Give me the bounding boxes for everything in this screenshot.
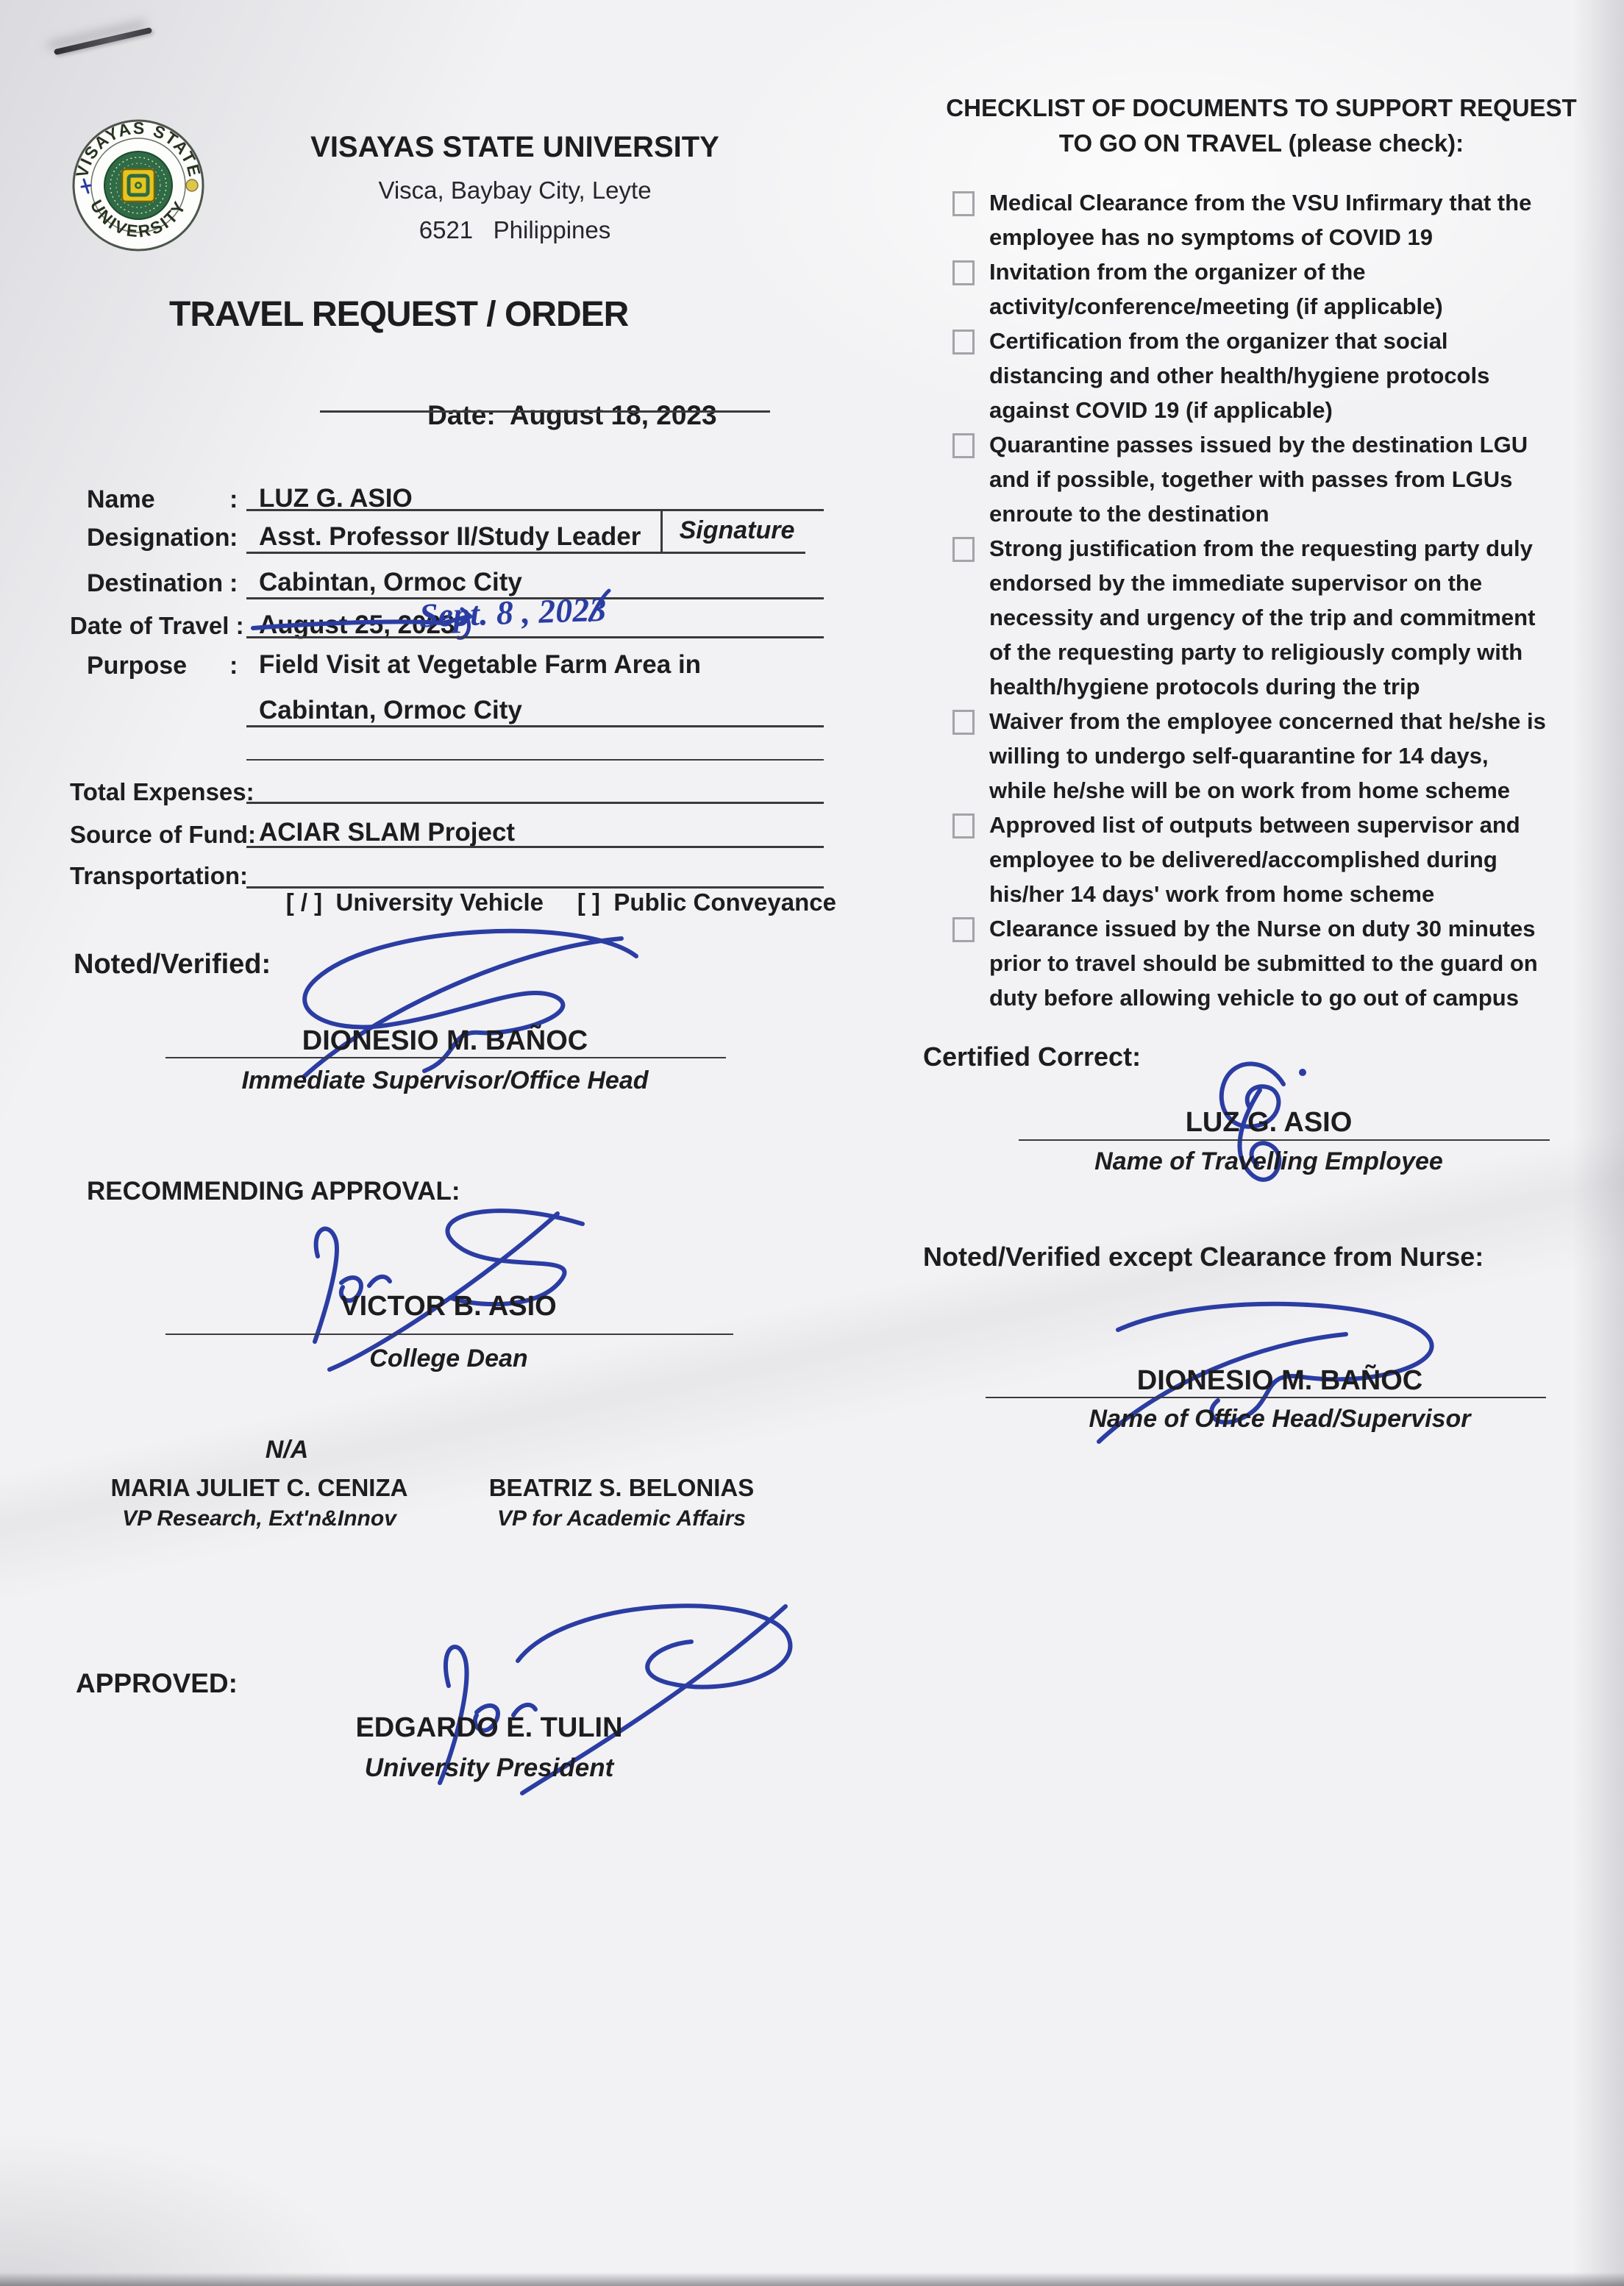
empty-checkbox-icon: [952, 330, 975, 355]
designation-value: Asst. Professor II/Study Leader: [259, 522, 641, 552]
checklist-item-approved-outputs: Approved list of outputs between supervi…: [944, 808, 1591, 911]
checklist-line: endorsed by the immediate supervisor on …: [989, 566, 1535, 600]
checklist-item-medical-clearance: Medical Clearance from the VSU Infirmary…: [944, 185, 1591, 254]
empty-checkbox-icon: [952, 917, 975, 942]
date-of-travel-underline: [246, 636, 824, 638]
source-of-fund-underline: [246, 846, 824, 848]
university-seal-logo: VISAYAS STATE UNIVERSITY: [71, 118, 206, 253]
empty-checkbox-icon: [952, 433, 975, 458]
noted-except-heading: Noted/Verified except Clearance from Nur…: [923, 1242, 1484, 1272]
transportation-underline: [246, 886, 824, 889]
vp-academic-name: BEATRIZ S. BELONIAS: [456, 1474, 787, 1502]
checklist-line: his/her 14 days' work from home scheme: [989, 877, 1520, 911]
empty-checkbox-icon: [952, 813, 975, 838]
empty-checkbox-icon: [952, 191, 975, 216]
checklist-line: Quarantine passes issued by the destinat…: [989, 427, 1528, 462]
purpose-label: Purpose: [87, 652, 187, 680]
checklist-line: Strong justification from the requesting…: [989, 531, 1535, 566]
date-of-travel-label: Date of Travel :: [70, 612, 244, 640]
name-colon: :: [229, 485, 238, 514]
checklist-line: Invitation from the organizer of the: [989, 254, 1443, 289]
checklist-item-strong-justification: Strong justification from the requesting…: [944, 531, 1591, 704]
checklist-line: activity/conference/meeting (if applicab…: [989, 289, 1443, 324]
checklist-items: Medical Clearance from the VSU Infirmary…: [944, 185, 1591, 1015]
noted-verified-name: DIONESIO M. BAÑOC: [221, 1025, 669, 1057]
checklist-line: Certification from the organizer that so…: [989, 324, 1489, 358]
checklist-line: Clearance issued by the Nurse on duty 30…: [989, 911, 1538, 946]
empty-checkbox-icon: [952, 260, 975, 285]
checklist-item-certification: Certification from the organizer that so…: [944, 324, 1591, 427]
noted-except-role: Name of Office Head/Supervisor: [1055, 1405, 1504, 1434]
total-expenses-underline: [246, 802, 824, 804]
certified-correct-underline: [1019, 1139, 1550, 1141]
checklist-line: necessity and urgency of the trip and co…: [989, 600, 1535, 635]
date-underline: [320, 410, 770, 413]
checklist-line: and if possible, together with passes fr…: [989, 462, 1528, 496]
handwritten-tick-ink: [585, 587, 611, 624]
checklist-line: Medical Clearance from the VSU Infirmary…: [989, 185, 1531, 220]
university-name: VISAYAS STATE UNIVERSITY: [294, 131, 736, 164]
checklist-line: willing to undergo self-quarantine for 1…: [989, 738, 1546, 773]
checklist-title-line2: TO GO ON TRAVEL (please check):: [941, 129, 1581, 157]
approved-name: EDGARDO E. TULIN: [265, 1712, 713, 1744]
noted-verified-role: Immediate Supervisor/Office Head: [221, 1067, 669, 1095]
noted-verified-heading: Noted/Verified:: [74, 949, 271, 980]
designation-underline: [246, 552, 805, 554]
scanned-travel-request-document: VISAYAS STATE UNIVERSITY VISAYAS STATE U…: [0, 0, 1624, 2286]
noted-except-underline: [986, 1397, 1546, 1398]
approved-heading: APPROVED:: [76, 1668, 238, 1699]
checklist-line: health/hygiene protocols during the trip: [989, 669, 1535, 704]
purpose-value-line2: Cabintan, Ormoc City: [259, 696, 522, 725]
checklist-item-quarantine-passes: Quarantine passes issued by the destinat…: [944, 427, 1591, 531]
certified-correct-role: Name of Travelling Employee: [1044, 1147, 1493, 1176]
destination-label: Destination: [87, 569, 223, 598]
recommending-approval-name: VICTOR B. ASIO: [224, 1291, 673, 1322]
date-label: Date:: [427, 400, 496, 430]
destination-colon: :: [229, 569, 238, 598]
checklist-line: Approved list of outputs between supervi…: [989, 808, 1520, 842]
checklist-line: duty before allowing vehicle to go out o…: [989, 980, 1538, 1015]
empty-checkbox-icon: [952, 537, 975, 562]
recommending-approval-role: College Dean: [224, 1345, 673, 1373]
university-address-line1: Visca, Baybay City, Leyte: [294, 177, 736, 204]
noted-except-name: DIONESIO M. BAÑOC: [1055, 1365, 1504, 1397]
certified-correct-name: LUZ G. ASIO: [1044, 1107, 1493, 1139]
checklist-item-waiver: Waiver from the employee concerned that …: [944, 704, 1591, 808]
vp-research-role: VP Research, Ext'n&Innov: [88, 1506, 430, 1531]
source-of-fund-value: ACIAR SLAM Project: [259, 818, 515, 847]
checklist-item-invitation: Invitation from the organizer of the act…: [944, 254, 1591, 324]
approved-role: University President: [265, 1753, 713, 1783]
checklist-line: distancing and other health/hygiene prot…: [989, 358, 1489, 393]
empty-checkbox-icon: [952, 710, 975, 735]
checklist-line: employee to be delivered/accomplished du…: [989, 842, 1520, 877]
checklist-line: enroute to the destination: [989, 496, 1528, 531]
strikethrough-ink: [250, 605, 493, 649]
staple-mark: [54, 27, 152, 55]
name-label: Name: [87, 485, 155, 514]
checklist-line: of the requesting party to religiously c…: [989, 635, 1535, 669]
vp-research-name: MARIA JULIET C. CENIZA: [88, 1474, 430, 1502]
checklist-line: employee has no symptoms of COVID 19: [989, 220, 1531, 254]
purpose-underline: [246, 725, 824, 727]
signature-box-label: Signature: [671, 516, 803, 545]
checklist-title-line1: CHECKLIST OF DOCUMENTS TO SUPPORT REQUES…: [941, 94, 1581, 122]
source-of-fund-label: Source of Fund:: [70, 821, 256, 849]
certified-correct-heading: Certified Correct:: [923, 1041, 1141, 1072]
document-title: TRAVEL REQUEST / ORDER: [169, 294, 603, 335]
date-value: August 18, 2023: [510, 400, 717, 430]
checklist-line: prior to travel should be submitted to t…: [989, 946, 1538, 980]
destination-value: Cabintan, Ormoc City: [259, 568, 522, 597]
name-underline: [246, 509, 824, 511]
noted-verified-underline: [165, 1057, 726, 1058]
signature-box-divider: [660, 509, 663, 554]
checklist-line: against COVID 19 (if applicable): [989, 393, 1489, 427]
checklist-item-nurse-clearance: Clearance issued by the Nurse on duty 30…: [944, 911, 1591, 1015]
university-address-line2: 6521 Philippines: [294, 216, 736, 244]
na-annotation: N/A: [228, 1436, 346, 1464]
date-row: Date: August 18, 2023: [397, 369, 717, 462]
purpose-colon: :: [229, 652, 238, 680]
checklist-line: Waiver from the employee concerned that …: [989, 704, 1546, 738]
total-expenses-label: Total Expenses:: [70, 778, 254, 806]
blank-continuation-underline: [246, 759, 824, 761]
designation-label: Designation: [87, 524, 230, 552]
vp-academic-role: VP for Academic Affairs: [456, 1506, 787, 1531]
designation-colon: :: [229, 524, 238, 552]
purpose-value-line1: Field Visit at Vegetable Farm Area in: [259, 650, 701, 680]
recommending-approval-underline: [165, 1333, 733, 1335]
seal-side-dot: [186, 179, 198, 191]
checklist-line: while he/she will be on work from home s…: [989, 773, 1546, 808]
transportation-label: Transportation:: [70, 862, 248, 890]
